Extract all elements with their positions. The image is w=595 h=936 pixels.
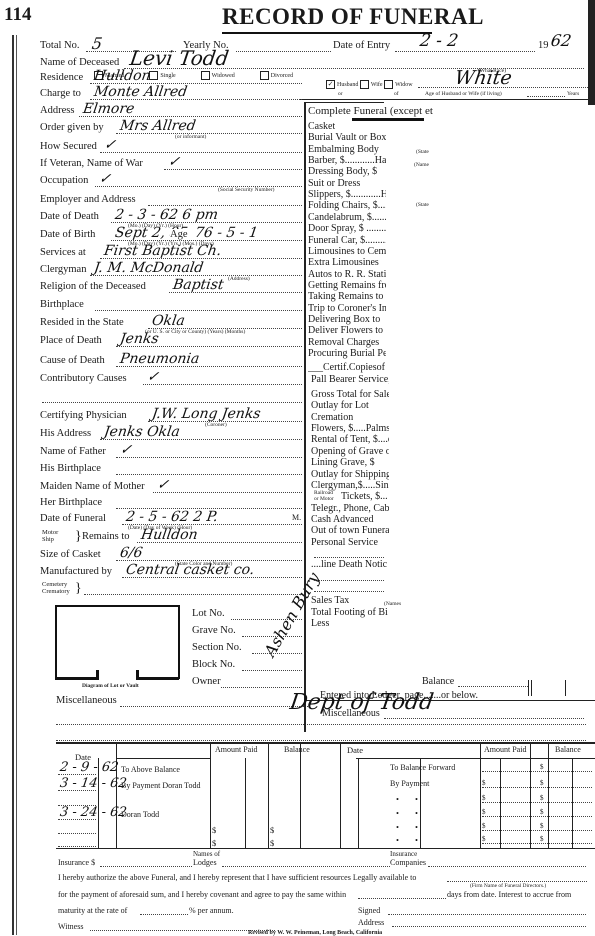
table-header-rule [116, 758, 210, 759]
ditto-mark: • [415, 808, 418, 818]
section-no-label: Section No. [192, 642, 242, 653]
charge-item-taking-remains-to[interactable]: Taking Remains to [308, 291, 383, 302]
occupation-label: Occupation [40, 175, 88, 186]
table-column-divider [300, 744, 301, 848]
charge-item-blank[interactable] [314, 557, 384, 558]
charge-item-procuring-burial-permit[interactable]: Procuring Burial Permit [308, 348, 386, 359]
lot-no-label: Lot No. [192, 608, 225, 619]
order-given-by-label: Order given by [40, 122, 104, 133]
charge-item-opening-of-grave-or-t[interactable]: Opening of Grave or T [311, 446, 389, 457]
charges-header: Complete Funeral (except et [308, 105, 433, 117]
left-amount-paid-header: Amount Paid [215, 745, 257, 754]
date-of-death-value: 2 - 3 - 62 6 pm [114, 207, 219, 223]
charge-item-clergyman-sing[interactable]: Clergyman,$.....Sing [311, 480, 389, 491]
dollar-sign: $ [482, 808, 486, 816]
his-address-label: His Address [40, 428, 91, 439]
dollar-sign: $ [212, 825, 216, 835]
widowed-label: Widowed [212, 73, 235, 79]
religion-of-the-deceased-label: Religion of the Deceased [40, 281, 146, 292]
lot-diagram-bottom-right [136, 677, 179, 680]
charge-item-sales-tax[interactable]: Sales Tax [311, 595, 349, 606]
charge-item-barber-hair[interactable]: Barber, $............Hair [308, 155, 386, 166]
wife-checkbox[interactable] [360, 80, 369, 89]
manufactured-by-value: Central casket co. [124, 562, 255, 578]
age-spouse-label: Age of Husband or Wife (if living) [425, 91, 502, 97]
age-value: 76 - 5 - 1 [194, 225, 259, 241]
resided-in-the-state-value: Okla [151, 313, 186, 329]
charge-to-value: Monte Allred [93, 84, 188, 100]
age-label: Age [170, 229, 188, 240]
insurance-field[interactable] [100, 866, 192, 867]
size-of-casket-value: 6/6 [119, 545, 144, 561]
contributory-causes-value: ✓ [146, 369, 160, 385]
if-veteran-name-of-war-value: ✓ [167, 154, 181, 170]
miscellaneous-label: Miscellaneous [56, 695, 117, 706]
address-label: Address [358, 918, 384, 927]
dollar-sign: $ [540, 779, 544, 787]
miscellaneous-field-3[interactable] [56, 740, 586, 741]
signed-label: Signed [358, 906, 380, 915]
birthplace-field[interactable] [95, 310, 302, 311]
her-birthplace-label: Her Birthplace [40, 497, 102, 508]
charge-item-delivering-box-to[interactable]: Delivering Box to [308, 314, 380, 325]
authorization-line-3b: % per annum. [189, 906, 234, 915]
husband-label: Husband [337, 82, 358, 88]
dollar-sign: $ [482, 794, 486, 802]
charge-item-tickets: Tickets, $... [341, 491, 388, 502]
services-at-value: First Baptist Ch. [103, 243, 223, 259]
left-border-inner [16, 35, 17, 935]
balance-divider-2 [531, 680, 532, 696]
authorization-line-3: maturity at the rate of [58, 906, 127, 915]
table-bottom-rule [56, 848, 595, 849]
widowed-checkbox[interactable] [201, 71, 210, 80]
of-label: of [394, 91, 399, 97]
charges-sub-name: (Name [414, 162, 429, 168]
divorced-checkbox[interactable] [260, 71, 269, 80]
table-column-divider [480, 744, 481, 848]
charge-item-line-death-notic[interactable]: ....line Death Notic [311, 559, 387, 570]
race-field[interactable]: White [453, 67, 513, 89]
field-prefix-bottom: Crematory [42, 588, 70, 595]
birthplace-label: Birthplace [40, 299, 84, 310]
firm-name-field[interactable] [447, 881, 587, 882]
date-of-entry-field[interactable]: 2 - 2 [419, 31, 460, 51]
charge-item-out-of-town-funeral[interactable]: Out of town Funeral [311, 525, 389, 536]
table-column-divider [340, 744, 341, 848]
husband-checkbox[interactable]: ✓ [326, 80, 335, 89]
ditto-mark: • [415, 794, 418, 804]
charge-item-removal-charges[interactable]: Removal Charges [308, 337, 379, 348]
payment-description: Doran Todd [121, 810, 159, 819]
balance-divider-3 [565, 680, 566, 696]
charge-item-slippers-h[interactable]: Slippers, $............H [308, 189, 386, 200]
companies-label: Companies [390, 858, 426, 867]
dollar-sign: $ [270, 825, 274, 835]
dollar-sign: $ [212, 838, 216, 848]
employer-and-address-field[interactable] [148, 205, 302, 206]
dollar-sign: $ [540, 808, 544, 816]
right-row-amount-field[interactable] [482, 802, 592, 803]
charge-item-dressing-body[interactable]: Dressing Body, $ [308, 166, 377, 177]
widow-label: Widow [395, 82, 412, 88]
signature: Dept of Todd [288, 690, 435, 715]
ditto-mark: • [396, 835, 399, 845]
dollar-sign: $ [540, 835, 544, 843]
occupation-value: ✓ [98, 171, 112, 187]
charge-item-candelabrum-c[interactable]: Candelabrum, $.........C [308, 212, 386, 223]
contributory-causes-field[interactable] [143, 384, 302, 385]
charge-item-deliver-flowers-to[interactable]: Deliver Flowers to [308, 325, 383, 336]
resided-in-the-state-label: Resided in the State [40, 317, 124, 328]
dollar-sign: $ [482, 835, 486, 843]
authorization-line-2: for the payment of aforesaid sum, and I … [58, 890, 346, 899]
name-of-father-field[interactable] [116, 457, 302, 458]
lot-no-field[interactable] [231, 619, 302, 620]
field-prefix-top: Motor [42, 529, 58, 536]
maiden-name-of-mother-label: Maiden Name of Mother [40, 481, 145, 492]
owner-label: Owner [192, 676, 221, 687]
charge-item-blank[interactable] [314, 580, 384, 581]
charges-sub-state-2: (State [416, 202, 429, 208]
date-of-entry-label: Date of Entry [333, 40, 390, 51]
authorization-line-1: I hereby authorize the above Funeral, an… [58, 873, 416, 882]
charge-item-rental-of-tent-of[interactable]: Rental of Tent, $....of [311, 434, 389, 445]
certifying-physician-value: J.W. Long Jenks [151, 406, 262, 422]
dollar-sign: $ [540, 822, 544, 830]
owner-field[interactable] [221, 687, 303, 688]
field-prefix-top: Cemetery [42, 581, 67, 588]
tickets-prefix-bottom: or Motor [314, 496, 334, 502]
resided-in-the-state-sublabel: (or U. S. or City or County) (Years) (Mo… [145, 329, 245, 335]
table-column-divider [530, 744, 531, 848]
address-value: Elmore [82, 101, 136, 117]
grave-no-label: Grave No. [192, 625, 236, 636]
charges-miscellaneous-field[interactable] [384, 718, 584, 719]
charge-item-blank[interactable] [314, 591, 384, 592]
lodges-label-top: Names of [193, 850, 220, 858]
right-row-amount-field[interactable] [482, 771, 592, 772]
name-of-father-value: ✓ [119, 442, 133, 458]
miscellaneous-field-2[interactable] [56, 724, 586, 725]
if-veteran-name-of-war-field[interactable] [164, 169, 302, 170]
ditto-mark: • [396, 808, 399, 818]
crematory-field[interactable] [84, 594, 302, 595]
title-underline [222, 32, 432, 34]
charge-item-getting-remains-from[interactable]: Getting Remains from [308, 280, 386, 291]
age-spouse-field[interactable] [527, 96, 565, 97]
section-no-field[interactable] [252, 653, 302, 654]
year-prefix: 19 [538, 40, 549, 51]
brace: } [75, 529, 82, 545]
occupation-sublabel: (Social Security Number) [218, 187, 275, 193]
right-edge-bar [588, 0, 595, 105]
religion-of-the-deceased-value: Baptist [172, 277, 225, 293]
left-row-date-field[interactable] [58, 833, 96, 834]
lot-diagram-caption: Diagram of Lot or Vault [82, 683, 139, 689]
residence-value: Hulldon [93, 68, 152, 84]
charge-item-pall-bearer-service[interactable]: Pall Bearer Service, $ [311, 374, 389, 385]
block-no-label: Block No. [192, 659, 235, 670]
his-birthplace-label: His Birthplace [40, 463, 101, 474]
left-row-date-field[interactable] [58, 846, 96, 847]
right-balance-header: Balance [555, 745, 581, 754]
lot-diagram-notch-left [96, 670, 99, 680]
table-header-rule [356, 758, 595, 759]
right-row-amount-field[interactable] [482, 816, 592, 817]
charge-item-limousines-to-cemetery[interactable]: Limousines to Cemetery [308, 246, 386, 257]
charges-header-underline [352, 118, 424, 121]
left-balance-header: Balance [284, 745, 310, 754]
name-of-deceased-label: Name of Deceased [40, 57, 119, 68]
charge-item-funeral-car-a[interactable]: Funeral Car, $.........A [308, 235, 386, 246]
ditto-mark: • [415, 822, 418, 832]
charge-item-embalming-body[interactable]: Embalming Body [308, 144, 379, 155]
payment-date: 3 - 14 - 62 [59, 776, 128, 791]
header-rule [300, 99, 588, 100]
residence-label: Residence [40, 72, 83, 83]
spouse-group: ✓Husband Wife Widow [326, 80, 413, 89]
address-label: Address [40, 105, 74, 116]
companies-label-top: Insurance [390, 850, 417, 858]
lot-diagram-box [55, 605, 180, 679]
dollar-sign: $ [270, 838, 274, 848]
charge-to-label: Charge to [40, 88, 81, 99]
left-border [12, 35, 14, 935]
lot-diagram-bottom-left [55, 677, 98, 680]
table-subcolumn-divider [358, 758, 359, 848]
firm-name-sub: (Firm Name of Funeral Directors.) [470, 883, 546, 889]
divorced-label: Divorced [271, 73, 293, 79]
days-field[interactable] [358, 898, 446, 899]
manufactured-by-label: Manufactured by [40, 566, 112, 577]
charge-item-outlay-for-lot[interactable]: Outlay for Lot [311, 400, 369, 411]
charge-item-cash-advanced[interactable]: Cash Advanced [311, 514, 374, 525]
blank-field[interactable] [42, 402, 302, 403]
right-payment-description: By Payment [390, 779, 429, 788]
payment-description: By Payment Doran Todd [121, 781, 201, 790]
charge-item-suit-or-dress[interactable]: Suit or Dress [308, 178, 360, 189]
clergyman-value: J. M. McDonald [93, 260, 205, 276]
his-birthplace-field[interactable] [116, 474, 302, 475]
interest-rate-field[interactable] [140, 914, 188, 915]
clergyman-sublabel: (Address) [228, 276, 250, 282]
if-veteran-name-of-war-label: If Veteran, Name of War [40, 158, 143, 169]
payment-date: 2 - 9 - 62 [59, 760, 120, 775]
authorization-line-2b: days from date. Interest to accrue from [447, 890, 571, 899]
date-of-death-label: Date of Death [40, 211, 99, 222]
ditto-mark: • [396, 794, 399, 804]
certifying-physician-sublabel: (Coroner) [205, 422, 227, 428]
ditto-mark: • [415, 835, 418, 845]
charges-panel-border [304, 102, 306, 732]
insurance-label: Insurance $ [58, 858, 95, 867]
signed-field[interactable] [388, 914, 586, 915]
widow-checkbox[interactable] [384, 80, 393, 89]
his-address-value: Jenks Okla [103, 424, 181, 440]
right-row-amount-field[interactable] [482, 843, 592, 844]
balance-divider-1 [528, 680, 529, 696]
charge-item-extra-limousines[interactable]: Extra Limousines [308, 257, 379, 268]
charge-item-flowers-palms[interactable]: Flowers, $.....Palms, [311, 423, 389, 434]
charge-item-door-spray-c[interactable]: Door Spray, $ .........C [308, 223, 386, 234]
payment-date: 3 - 24 - 62 [59, 805, 128, 820]
right-row-amount-field[interactable] [482, 830, 592, 831]
how-secured-label: How Secured [40, 141, 97, 152]
pm-suffix: M. [292, 513, 301, 522]
single-label: Single [160, 73, 175, 79]
order-given-by-sublabel: (or informant) [175, 134, 206, 140]
revised-credit: Revised by W. W. Peineman, Long Beach, C… [248, 930, 382, 936]
table-column-divider [548, 744, 549, 848]
date-of-birth-label: Date of Birth [40, 229, 95, 240]
charge-item-burial-vault-or-box[interactable]: Burial Vault or Box [308, 132, 386, 143]
table-column-divider [210, 744, 211, 848]
place-of-death-label: Place of Death [40, 335, 102, 346]
certifying-physician-label: Certifying Physician [40, 410, 127, 421]
place-of-death-value: Jenks [119, 331, 160, 347]
charge-item-cremation[interactable]: Cremation [311, 412, 353, 423]
employer-and-address-label: Employer and Address [40, 194, 136, 205]
maiden-name-of-mother-value: ✓ [156, 477, 170, 493]
date-of-funeral-value: 2 - 5 - 62 2 P. [124, 509, 218, 525]
right-date-header: Date [347, 745, 363, 755]
date-of-entry-line [395, 51, 535, 52]
lodges-field[interactable] [222, 866, 390, 867]
charge-item-certif-copiesof-deat[interactable]: ___Certif.Copiesof Deat [308, 362, 386, 373]
address-field[interactable] [392, 926, 586, 927]
miscellaneous-field-1[interactable] [120, 706, 310, 707]
dollar-sign: $ [540, 763, 544, 771]
years-label: Years [567, 91, 579, 97]
right-row-amount-field[interactable] [482, 787, 592, 788]
page-title: RECORD OF FUNERAL [222, 4, 484, 30]
charge-item-personal-service[interactable]: Personal Service [311, 537, 378, 548]
lodges-label: Lodges [193, 858, 217, 867]
date-of-funeral-label: Date of Funeral [40, 513, 106, 524]
charge-item-casket[interactable]: Casket [308, 121, 335, 132]
contributory-causes-label: Contributory Causes [40, 373, 127, 384]
balance-field[interactable] [458, 686, 528, 687]
table-column-divider [268, 744, 269, 848]
charge-item-total-footing-of-bi[interactable]: Total Footing of Bi [311, 607, 388, 618]
clergyman-label: Clergyman [40, 264, 86, 275]
brace: } [75, 581, 82, 597]
charges-panel-top [304, 102, 384, 103]
dollar-sign: $ [482, 779, 486, 787]
name-of-father-label: Name of Father [40, 446, 106, 457]
charges-sub-state: (State [416, 149, 429, 155]
ditto-mark: • [396, 822, 399, 832]
how-secured-value: ✓ [103, 137, 117, 153]
wife-label: Wife [371, 82, 383, 88]
remains-to-label: Remains to [82, 531, 130, 542]
field-prefix-bottom: Ship [42, 536, 54, 543]
cause-of-death-value: Pneumonia [119, 351, 201, 367]
dollar-sign: $ [482, 822, 486, 830]
charge-item-folding-chairs-t[interactable]: Folding Chairs, $.......T [308, 200, 386, 211]
charge-item-lining-grave[interactable]: Lining Grave, $ [311, 457, 375, 468]
grave-no-field[interactable] [242, 636, 302, 637]
companies-field[interactable] [428, 866, 586, 867]
total-no-label: Total No. [40, 40, 80, 51]
right-amount-paid-header: Amount Paid [484, 745, 526, 754]
balance-label: Balance [422, 676, 454, 687]
charge-item-autos-to-r-r-station[interactable]: Autos to R. R. Station [308, 269, 386, 280]
or-label: or [338, 91, 343, 97]
charge-item-telegr-phone-cable[interactable]: Telegr., Phone, Cable [311, 503, 389, 514]
lot-diagram-notch-right [136, 670, 139, 680]
services-at-label: Services at [40, 247, 86, 258]
size-of-casket-label: Size of Casket [40, 549, 101, 560]
block-no-field[interactable] [242, 670, 302, 671]
charge-item-gross-total-for-sales-t[interactable]: Gross Total for Sales T [311, 389, 389, 400]
remains-to-value: Hulldon [140, 527, 199, 543]
dollar-sign: $ [540, 794, 544, 802]
how-secured-field[interactable] [100, 152, 302, 153]
page-number: 114 [4, 4, 31, 26]
witness-label: Witness [58, 922, 83, 931]
name-of-deceased-field[interactable]: Levi Todd [128, 46, 230, 70]
charge-item-outlay-for-shipping-c[interactable]: Outlay for Shipping C [311, 469, 389, 480]
table-subcolumn-divider [245, 758, 246, 848]
right-payment-description: To Balance Forward [390, 763, 455, 772]
maiden-name-of-mother-field[interactable] [153, 492, 302, 493]
payments-top-rule [56, 742, 595, 744]
payment-description: To Above Balance [121, 765, 180, 774]
charge-item-less[interactable]: Less [311, 618, 329, 629]
cause-of-death-label: Cause of Death [40, 355, 105, 366]
charge-item-trip-to-coroner-s-inques[interactable]: Trip to Coroner's Inques [308, 303, 386, 314]
order-given-by-value: Mrs Allred [119, 118, 197, 134]
year-field[interactable]: 62 [550, 31, 573, 50]
yearly-no-field[interactable] [236, 51, 331, 52]
